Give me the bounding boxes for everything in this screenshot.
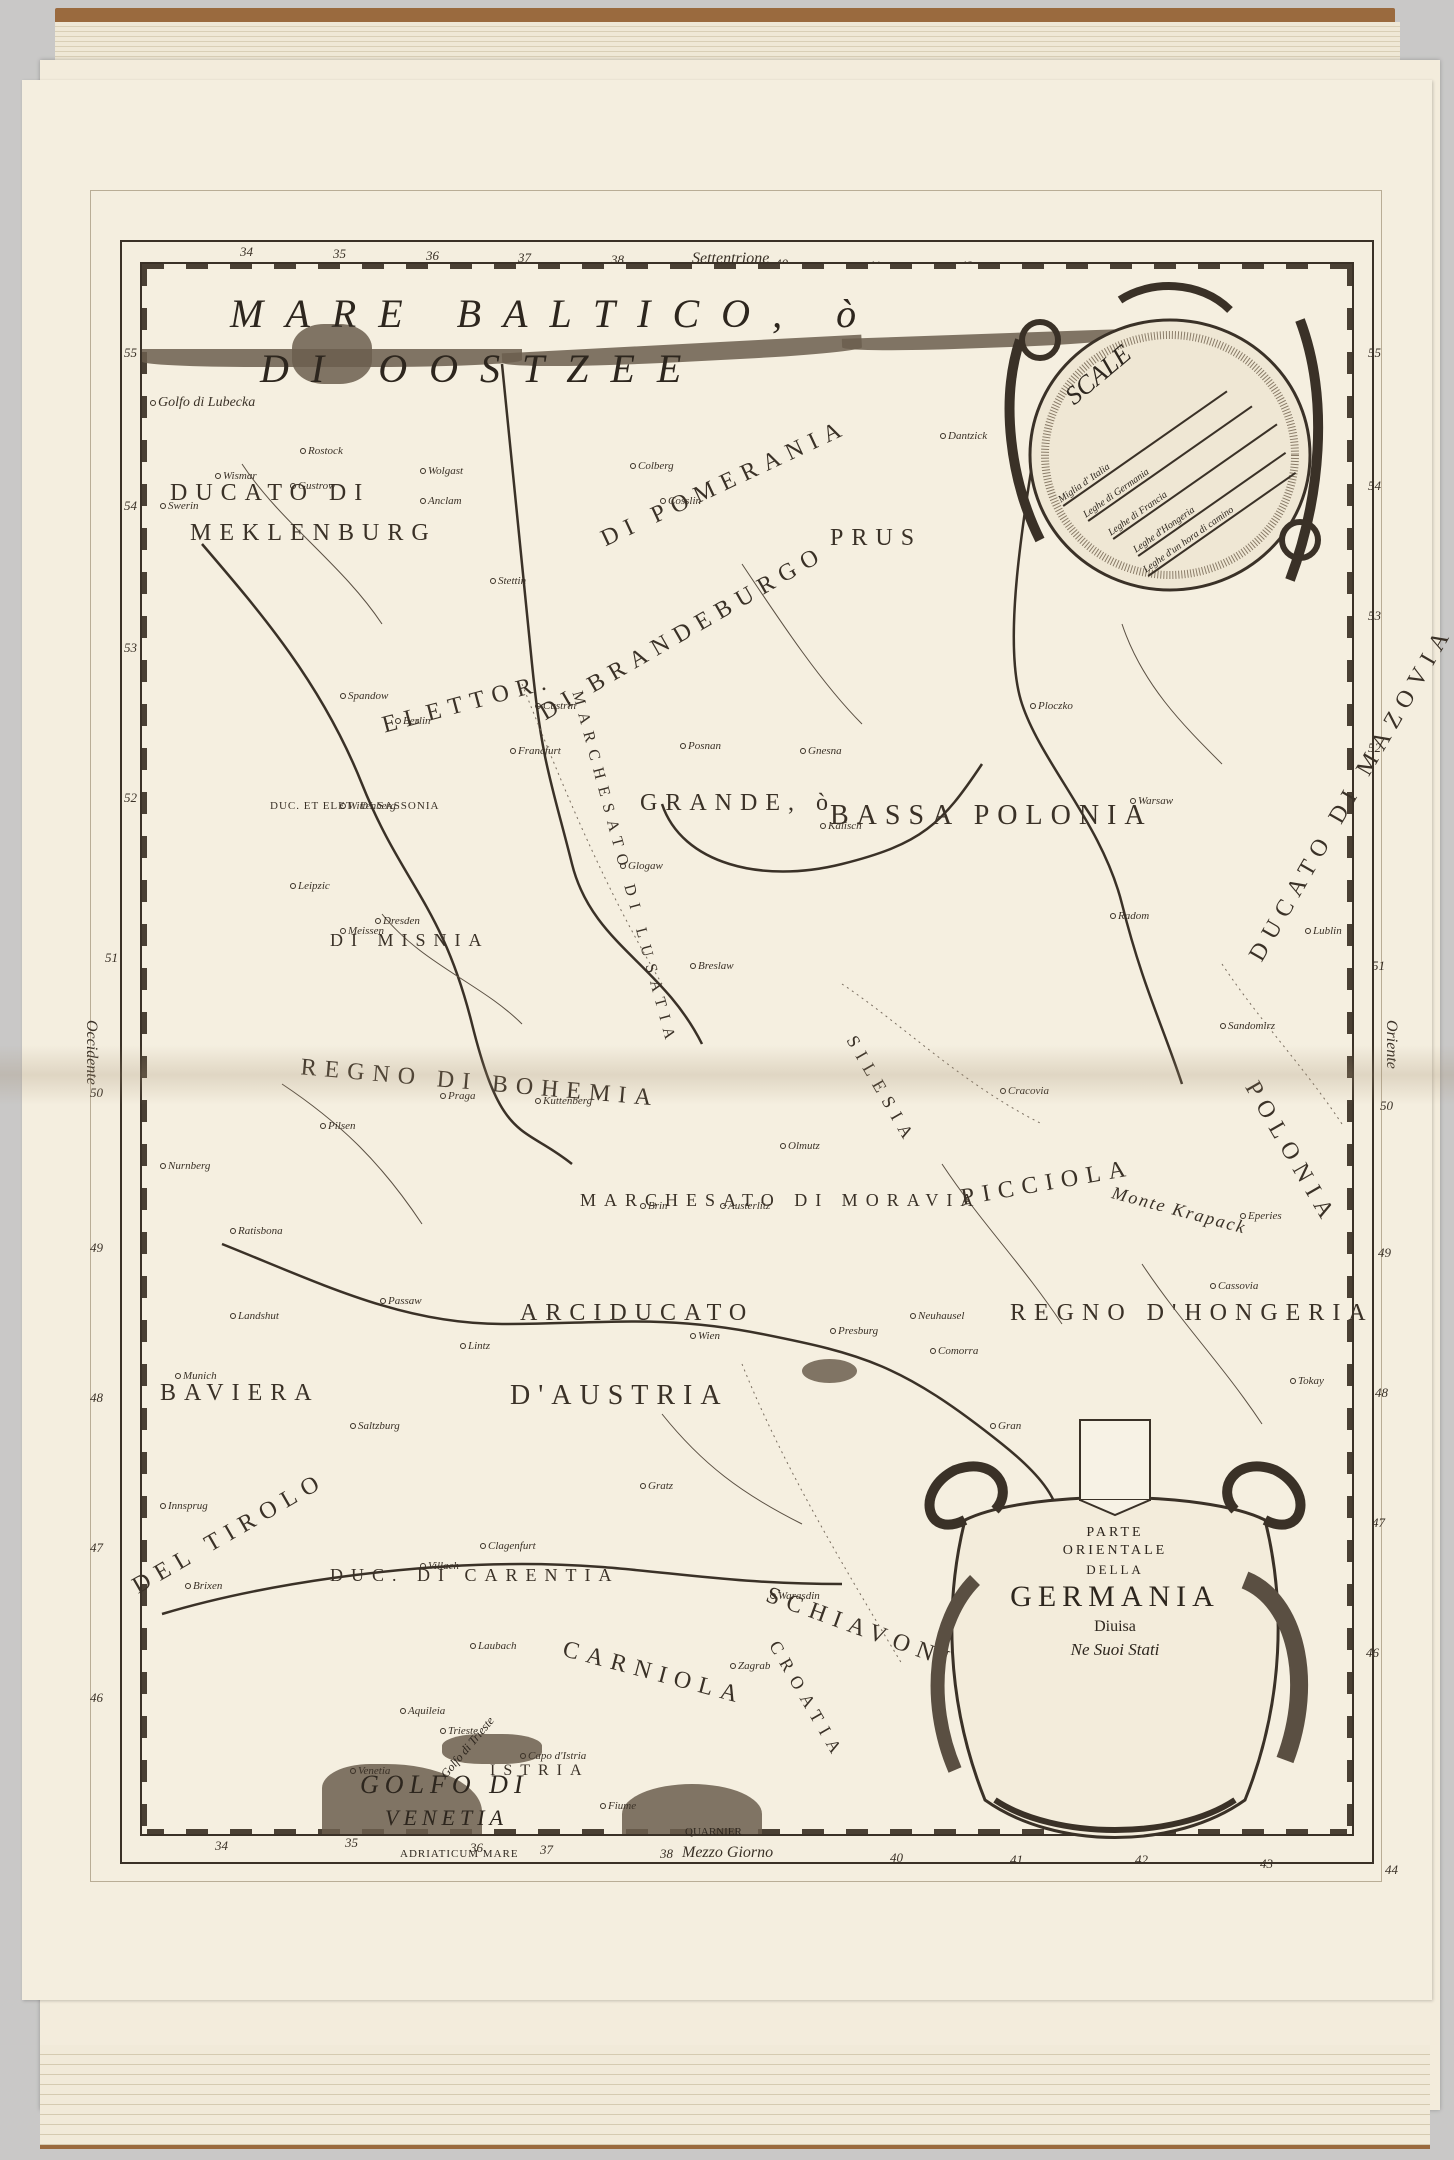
city-label: Warasdin xyxy=(770,1590,820,1602)
city-label: Eperies xyxy=(1240,1210,1282,1222)
city-label: Landshut xyxy=(230,1310,279,1322)
lat-tick: 50 xyxy=(90,1085,103,1101)
city-label: Spandow xyxy=(340,690,388,702)
lon-tick: 37 xyxy=(540,1842,553,1858)
city-label: Wittenberg xyxy=(340,800,396,812)
city-label: Clagenfurt xyxy=(480,1540,536,1552)
city-label: Lublin xyxy=(1305,925,1342,937)
city-label: Pilsen xyxy=(320,1120,356,1132)
lat-tick: 49 xyxy=(1378,1245,1391,1261)
city-label: Ploczko xyxy=(1030,700,1073,712)
lat-tick: 47 xyxy=(90,1540,103,1556)
city-label: Austerlitz xyxy=(720,1200,770,1212)
city-label: Trieste xyxy=(440,1725,478,1737)
region-label: GRANDE, ò xyxy=(640,790,836,817)
sea-label-baltic-1: MARE BALTICO, ò xyxy=(230,290,878,337)
lon-tick: 35 xyxy=(333,246,346,262)
city-label: Glogaw xyxy=(620,860,663,872)
city-label: Saltzburg xyxy=(350,1420,400,1432)
city-label: Warsaw xyxy=(1130,795,1173,807)
city-label: Anclam xyxy=(420,495,462,507)
title-line-diuisa: Diuisa xyxy=(905,1618,1325,1636)
lat-tick: 51 xyxy=(1372,958,1385,974)
city-label: Comorra xyxy=(930,1345,978,1357)
city-label: Posnan xyxy=(680,740,721,752)
city-label: Wolgast xyxy=(420,465,463,477)
lat-tick: 51 xyxy=(105,950,118,966)
city-label: Sandomirz xyxy=(1220,1020,1275,1032)
city-label: Wismar xyxy=(215,470,257,482)
city-label: Villach xyxy=(420,1560,459,1572)
city-label: Wien xyxy=(690,1330,720,1342)
title-line-germania: GERMANIA xyxy=(905,1580,1325,1614)
region-label: DUCATO DI xyxy=(170,480,370,507)
lat-tick: 46 xyxy=(90,1690,103,1706)
lat-tick: 50 xyxy=(1380,1098,1393,1114)
city-label: Olmutz xyxy=(780,1140,820,1152)
city-label: Berlin xyxy=(395,715,431,727)
region-label: BASSA POLONIA xyxy=(830,800,1153,832)
city-label: Fiume xyxy=(600,1800,636,1812)
lat-tick: 54 xyxy=(1368,478,1381,494)
city-label: Cosslin xyxy=(660,495,701,507)
city-label: Munich xyxy=(175,1370,217,1382)
lon-tick: 40 xyxy=(890,1850,903,1866)
region-label: REGNO D'HONGERIA xyxy=(1010,1300,1374,1327)
lon-tick: 35 xyxy=(345,1835,358,1851)
city-label: Colberg xyxy=(630,460,674,472)
lon-tick: 34 xyxy=(240,244,253,260)
city-label: Lintz xyxy=(460,1340,490,1352)
city-label: Francfurt xyxy=(510,745,561,757)
sea-label-baltic-2: DI OOSTZEE xyxy=(260,345,703,392)
lon-tick: 38 xyxy=(660,1846,673,1862)
city-label: Kalisch xyxy=(820,820,862,832)
lat-tick: 54 xyxy=(124,498,137,514)
city-label: Gnesna xyxy=(800,745,842,757)
lat-tick: 49 xyxy=(90,1240,103,1256)
lat-tick: 55 xyxy=(124,345,137,361)
city-label: Brin xyxy=(640,1200,668,1212)
city-label: Gratz xyxy=(640,1480,673,1492)
city-label: Swerin xyxy=(160,500,199,512)
sea-label-golfo-venetia-2: VENETIA xyxy=(385,1805,508,1831)
lat-tick: 53 xyxy=(124,640,137,656)
page-stack-bottom xyxy=(40,2045,1430,2149)
city-label: Nurnberg xyxy=(160,1160,210,1172)
city-label: Cracovia xyxy=(1000,1085,1049,1097)
title-line-della: DELLA xyxy=(905,1562,1325,1578)
compass-west-label: Occidente xyxy=(82,1020,100,1085)
page-stack-top xyxy=(55,22,1400,62)
city-label: Stettin xyxy=(490,575,526,587)
city-label: Presburg xyxy=(830,1325,878,1337)
city-label: Brixen xyxy=(185,1580,222,1592)
lat-tick: 47 xyxy=(1372,1515,1385,1531)
lat-tick: 55 xyxy=(1368,345,1381,361)
title-line-parte: PARTE xyxy=(905,1525,1325,1541)
title-cartouche: PARTE ORIENTALE DELLA GERMANIA Diuisa Ne… xyxy=(905,1400,1325,1860)
city-label: Custrin xyxy=(535,700,576,712)
city-label: Neuhausel xyxy=(910,1310,964,1322)
city-label: Rostock xyxy=(300,445,343,457)
city-label: Leipzic xyxy=(290,880,330,892)
city-label: Radom xyxy=(1110,910,1149,922)
region-label: PRUS xyxy=(830,525,922,552)
lat-tick: 53 xyxy=(1368,608,1381,624)
title-line-ne-suoi-stati: Ne Suoi Stati xyxy=(905,1640,1325,1660)
region-label: ISTRIA xyxy=(490,1762,590,1780)
lon-tick: 44 xyxy=(1385,1862,1398,1878)
region-label: ARCIDUCATO xyxy=(520,1300,754,1327)
lat-tick: 48 xyxy=(1375,1385,1388,1401)
lat-tick: 46 xyxy=(1366,1645,1379,1661)
city-label: Gustrow xyxy=(290,480,336,492)
region-label: D'AUSTRIA xyxy=(510,1380,729,1412)
city-label: Zagrab xyxy=(730,1660,770,1672)
city-label: Passaw xyxy=(380,1295,422,1307)
sea-label-adriatic: ADRIATICUM MARE xyxy=(400,1848,519,1860)
title-line-orientale: ORIENTALE xyxy=(905,1543,1325,1559)
city-label: Ratisbona xyxy=(230,1225,283,1237)
region-label: BAVIERA xyxy=(160,1380,320,1407)
region-label: MEKLENBURG xyxy=(190,520,437,547)
city-label: Cassovia xyxy=(1210,1280,1258,1292)
city-label: Aquileia xyxy=(400,1705,445,1717)
city-label: Laubach xyxy=(470,1640,517,1652)
lat-tick: 48 xyxy=(90,1390,103,1406)
city-label: Meissen xyxy=(340,925,384,937)
city-label: Kuttenberg xyxy=(535,1095,592,1107)
scale-cartouche: SCALE Miglia d' Italia Leghe di Germania… xyxy=(1000,280,1330,620)
city-label: Innsprug xyxy=(160,1500,208,1512)
lon-tick: 34 xyxy=(215,1838,228,1854)
city-label: Tokay xyxy=(1290,1375,1324,1387)
lat-tick: 52 xyxy=(124,790,137,806)
city-label: Venetia xyxy=(350,1765,390,1777)
compass-south-label: Mezzo Giorno xyxy=(682,1844,773,1862)
city-label: Dantzick xyxy=(940,430,987,442)
city-label: Praga xyxy=(440,1090,476,1102)
sea-label-quarnier: QUARNIER xyxy=(685,1826,742,1838)
city-label: Breslaw xyxy=(690,960,734,972)
city-label: Capo d'Istria xyxy=(520,1750,586,1762)
compass-east-label: Oriente xyxy=(1382,1020,1400,1069)
sea-label-golfo-lubecka: Golfo di Lubecka xyxy=(150,395,255,411)
region-label: DUC. DI CARENTIA xyxy=(330,1565,620,1586)
